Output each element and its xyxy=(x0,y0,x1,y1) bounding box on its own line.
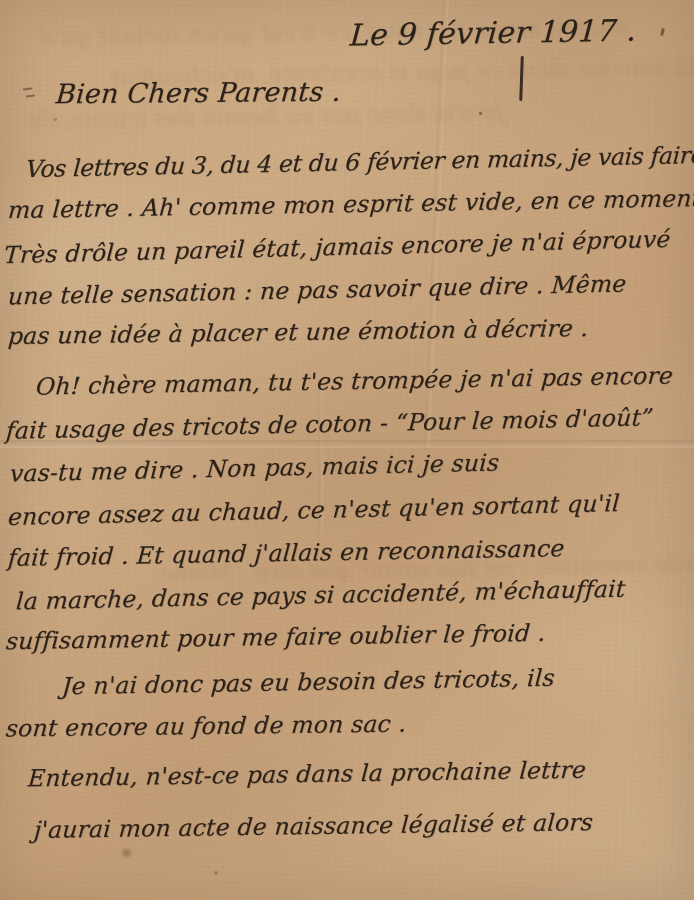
letter-date: Le 9 février 1917 . xyxy=(350,14,637,54)
paper-stain xyxy=(214,871,218,875)
ink-speck xyxy=(479,112,482,115)
letter-line: encore assez au chaud, ce n'est qu'en so… xyxy=(8,489,620,531)
letter-line: Oh! chère maman, tu t'es trompée je n'ai… xyxy=(36,361,674,400)
letter-line: suffisamment pour me faire oublier le fr… xyxy=(6,619,546,655)
letter-line: fait usage des tricots de coton - “Pour … xyxy=(6,403,654,445)
letter-line: sont encore au fond de mon sac . xyxy=(6,710,407,743)
letter-line: fait froid . Et quand j'allais en reconn… xyxy=(8,534,565,572)
letter-line: Vos lettres du 3, du 4 et du 6 février e… xyxy=(26,141,694,183)
letter-line: une telle sensation : ne pas savoir que … xyxy=(8,270,627,311)
letter-page: encore assez au chaud, ce n'est qu'en so… xyxy=(0,0,694,900)
ink-dash-mark xyxy=(26,94,35,97)
ink-flourish-descender xyxy=(519,56,523,101)
letter-line: Très drôle un pareil état, jamais encore… xyxy=(4,225,671,269)
letter-salutation-text: Bien Chers Parents . xyxy=(55,77,342,111)
letter-date-text: Le 9 février 1917 . xyxy=(349,13,638,53)
letter-line: pas une idée à placer et une émotion à d… xyxy=(8,314,589,350)
paper-stain xyxy=(122,849,131,857)
letter-salutation: Bien Chers Parents . xyxy=(56,77,341,110)
letter-line: ma lettre . Ah' comme mon esprit est vid… xyxy=(8,184,694,224)
letter-line: la marche, dans ce pays si accidenté, m'… xyxy=(16,575,626,616)
letter-line: j'aurai mon acte de naissance légalisé e… xyxy=(34,808,594,844)
letter-line: vas-tu me dire . Non pas, mais ici je su… xyxy=(10,448,500,487)
letter-line: Entendu, n'est-ce pas dans la prochaine … xyxy=(28,756,586,793)
letter-line: Je n'ai donc pas eu besoin des tricots, … xyxy=(62,664,555,701)
ink-speck xyxy=(660,28,665,36)
ink-dash-mark xyxy=(23,87,32,90)
ink-speck xyxy=(54,118,57,121)
